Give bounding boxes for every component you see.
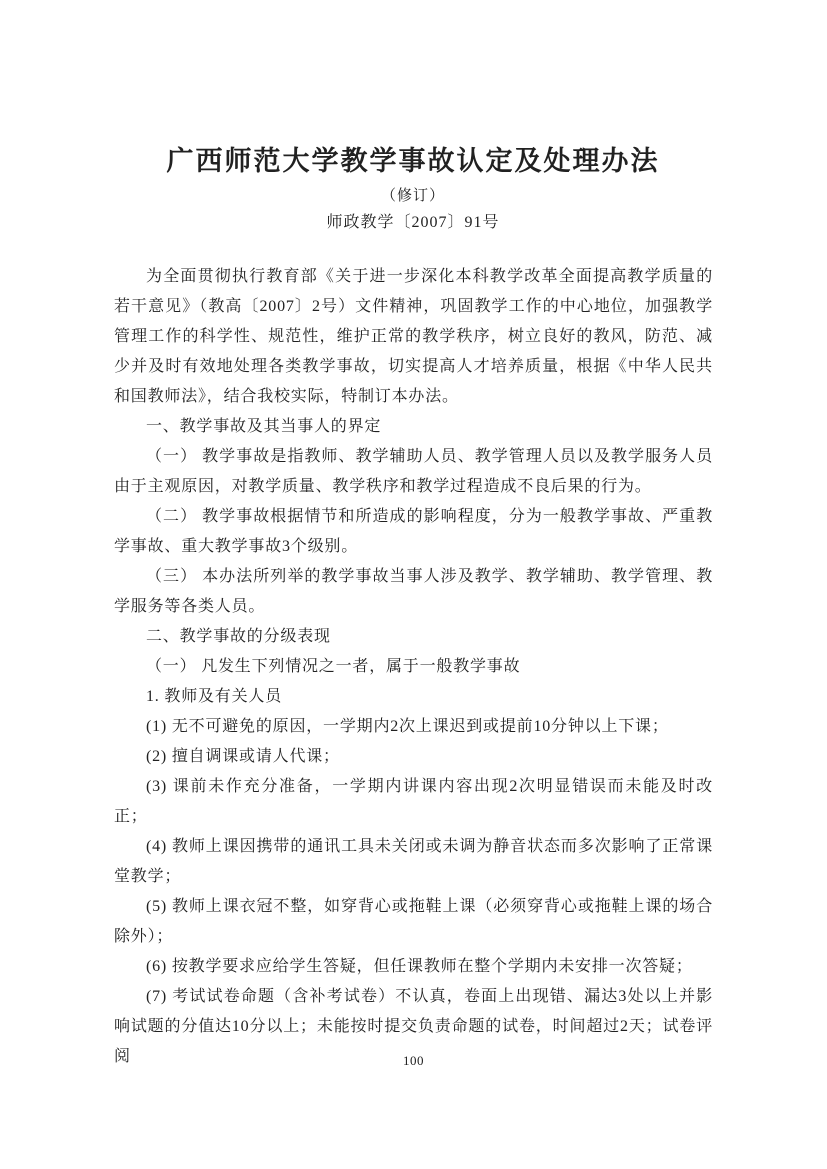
document-revision-note: （修订）	[113, 184, 713, 205]
document-title: 广西师范大学教学事故认定及处理办法	[113, 139, 713, 178]
body-paragraph: （二） 教学事故根据情节和所造成的影响程度，分为一般教学事故、严重教学事故、重大…	[114, 502, 713, 562]
body-paragraph: (4) 教师上课因携带的通讯工具未关闭或未调为静音状态而多次影响了正常课堂教学；	[114, 832, 713, 892]
section-heading: 二、教学事故的分级表现	[114, 622, 713, 652]
document-number: 师政教学〔2007〕91号	[113, 209, 713, 232]
body-paragraph: (6) 按教学要求应给学生答疑，但任课教师在整个学期内未安排一次答疑；	[114, 952, 713, 982]
body-paragraph: （一） 凡发生下列情况之一者，属于一般教学事故	[114, 652, 713, 682]
document-body: 为全面贯彻执行教育部《关于进一步深化本科教学改革全面提高教学质量的若干意见》（教…	[114, 262, 713, 1072]
document-page: 广西师范大学教学事故认定及处理办法 （修订） 师政教学〔2007〕91号 为全面…	[0, 0, 827, 1169]
body-paragraph: (5) 教师上课衣冠不整，如穿背心或拖鞋上课（必须穿背心或拖鞋上课的场合除外）；	[114, 892, 713, 952]
section-heading: 一、教学事故及其当事人的界定	[114, 412, 713, 442]
body-paragraph: 1. 教师及有关人员	[114, 682, 713, 712]
body-paragraph: (3) 课前未作充分准备，一学期内讲课内容出现2次明显错误而未能及时改正；	[114, 772, 713, 832]
body-paragraph: （一） 教学事故是指教师、教学辅助人员、教学管理人员以及教学服务人员由于主观原因…	[114, 442, 713, 502]
body-paragraph: （三） 本办法所列举的教学事故当事人涉及教学、教学辅助、教学管理、教学服务等各类…	[114, 562, 713, 622]
body-paragraph: (1) 无不可避免的原因，一学期内2次上课迟到或提前10分钟以上下课；	[114, 712, 713, 742]
body-paragraph: (2) 擅自调课或请人代课；	[114, 742, 713, 772]
page-number: 100	[0, 1053, 827, 1069]
body-paragraph: 为全面贯彻执行教育部《关于进一步深化本科教学改革全面提高教学质量的若干意见》（教…	[114, 262, 713, 412]
